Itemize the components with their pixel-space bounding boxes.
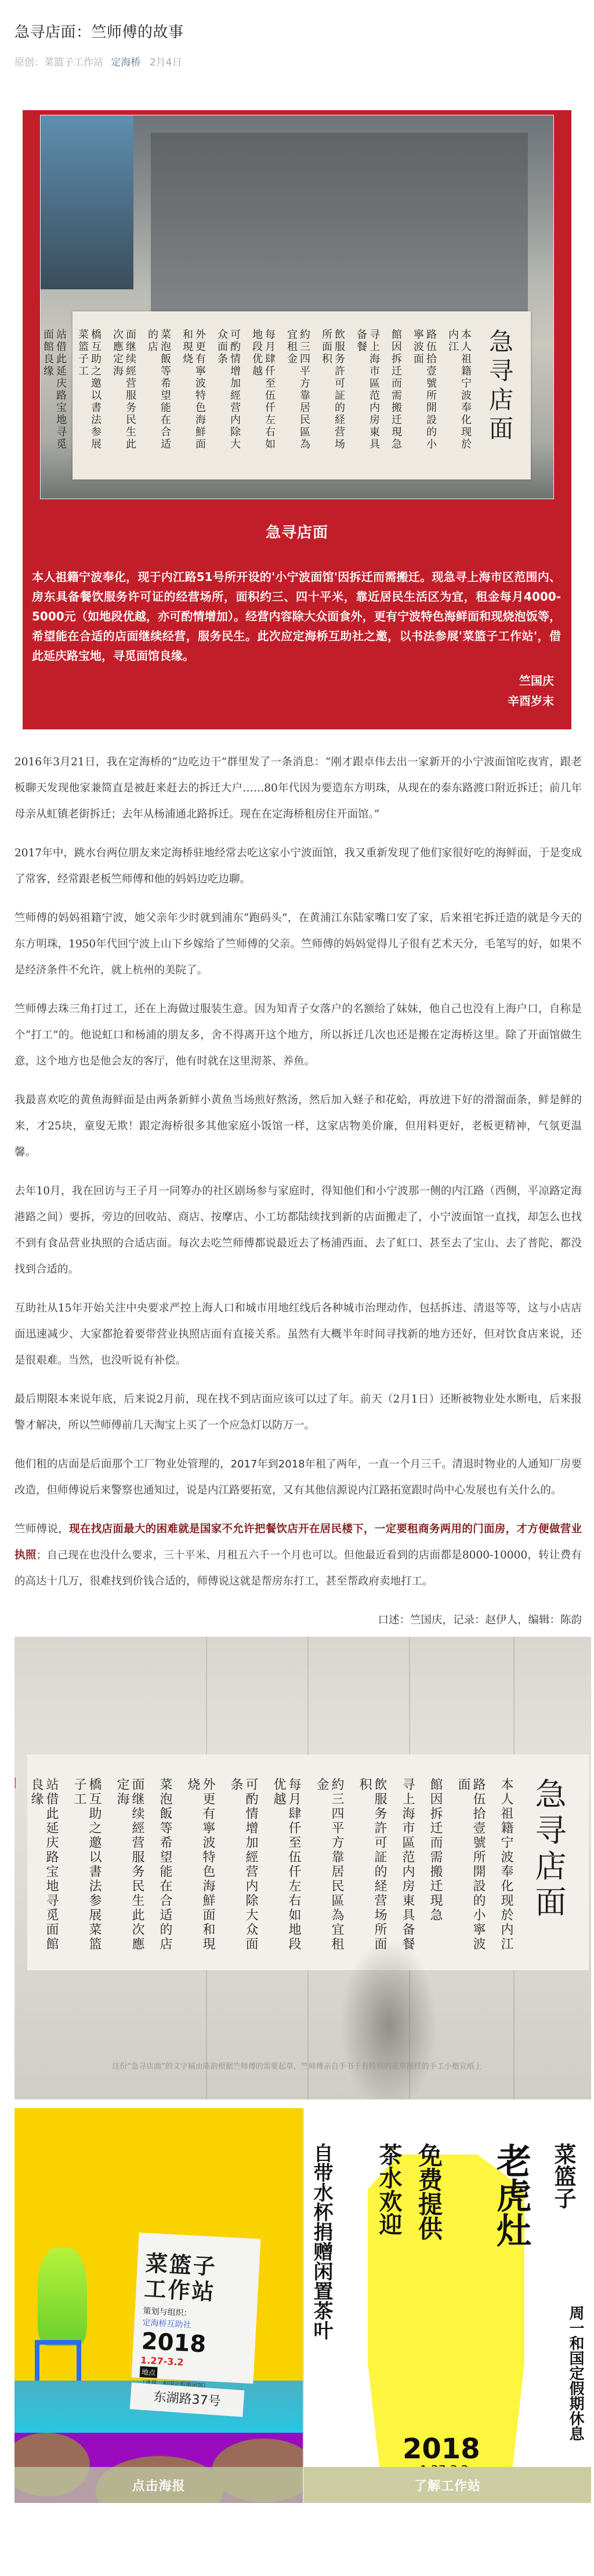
- calligraphy-column: 約三四平方靠居民區為宜租金: [285, 329, 310, 462]
- calligraphy-column: 寻上海市區范内房東具备餐: [354, 329, 380, 462]
- calligraphy-column: 路伍拾壹號所開設的小寧波面: [411, 329, 437, 462]
- paragraph-text: ；自己现在也没什么要求，三十平米、月租五六千一个月也可以。但他最近看: [37, 1549, 397, 1561]
- paragraph-text: 竺师傅说，: [15, 1523, 69, 1535]
- original-author-label: 原创：菜篮子工作站: [15, 57, 103, 68]
- venue-tag: 地点: [140, 2366, 158, 2378]
- calligraphy-column: 外更有寧波特色海鮮面和現烧: [185, 1778, 215, 1952]
- paragraph: 竺师傅的妈妈祖籍宁波，她父亲年少时就到浦东“跑码头”，在黄浦江东陆家嘴口安了家，…: [15, 905, 582, 983]
- calligraphy-columns: 急寻店面 本人祖籍宁波奉化现於内江 路伍拾壹號所開設的小寧波面 館因拆迁而需搬迁…: [15, 1778, 566, 1952]
- feature-signature: 竺国庆: [438, 671, 554, 688]
- paragraph: 2017年中，跳水台两位朋友来定海桥驻地经常去吃这家小宁波面馆，我又重新发现了他…: [15, 840, 582, 892]
- calligraphy-paper: 急寻店面 本人祖籍宁波奉化现於内江 路伍拾壹號所開設的小寧波面 館因拆迁而需搬迁…: [73, 311, 531, 479]
- calligraphy-column: 菜泡飯等希望能在合适的店: [157, 1778, 172, 1952]
- article-title: 急寻店面：竺师傅的故事: [15, 22, 579, 43]
- account-link[interactable]: 定海桥: [111, 57, 140, 68]
- calligraphy-column: 外更有寧波特色海鮮面和現烧: [180, 329, 206, 462]
- foam-sign: 菜篮子 工作站 策划与组织： 定海桥互助社 2018 1.27-3.2 地点 （…: [132, 2233, 261, 2384]
- calligraphy-column: 本人祖籍宁波奉化现於内江: [498, 1778, 513, 1952]
- paragraph-quote: 竺师傅说，现在找店面最大的困难就是国家不允许把餐饮店开在居民楼下，一定要租商务两…: [15, 1516, 582, 1594]
- calligraphy-column: 館因拆迁而需搬迁現急: [428, 1778, 443, 1952]
- credits: 口述：竺国庆，记录：赵伊人，编辑：陈韵: [15, 1607, 582, 1633]
- calligraphy-floor-photo: 急寻店面 本人祖籍宁波奉化现於内江 路伍拾壹號所開設的小寧波面 館因拆迁而需搬迁…: [15, 1637, 591, 2099]
- paragraph: 我最喜欢吃的黄鱼海鲜面是由两条新鲜小黄鱼当场煎好熬汤，然后加入蛏子和花蛤，再放进…: [15, 1087, 582, 1165]
- poster-text-column: 茶水欢迎: [372, 2143, 405, 2236]
- calligraphy-columns: 急寻店面 本人祖籍宁波奉化现於内江 路伍拾壹號所開設的小寧波面 館因拆迁而需搬迁…: [40, 329, 513, 462]
- calligraphy-title: 急寻店面: [486, 329, 513, 462]
- calligraphy-column: 橋互助之邀以書法参展菜篮子工: [76, 329, 102, 462]
- calligraphy-title: 急寻店面: [531, 1778, 566, 1952]
- calligraphy-column: 路伍拾壹號所開設的小寧波面: [455, 1778, 486, 1952]
- poster-text-column: 菜篮子: [548, 2143, 579, 2209]
- calligraphy-column: 站借此延庆路宝地寻觅面館良缘: [28, 1778, 59, 1952]
- paragraph: 互助社从15年开始关注中央要求严控上海人口和城市用地红线后各种城市治理动作，包括…: [15, 1295, 582, 1374]
- poster-exhibition[interactable]: 菜篮子 工作站 策划与组织： 定海桥互助社 2018 1.27-3.2 地点 （…: [15, 2108, 303, 2503]
- calligraphy-column: 可酌情增加經营内除大众面条: [215, 329, 241, 462]
- calligraphy-column: 面继续經营服务民生此次應定海: [114, 1778, 144, 1952]
- poster-text-column: 免费提供: [411, 2143, 446, 2240]
- poster-text-column: 自带水杯捐赠闲置茶叶: [307, 2143, 336, 2340]
- calligraphy-column: 橋互助之邀以書法参展菜篮子工: [71, 1778, 102, 1952]
- calligraphy-column: 每月肆仟至伍仟左右如地段优越: [271, 1778, 301, 1952]
- calligraphy-column: 可酌情增加經营内除大众面条: [228, 1778, 258, 1952]
- paragraph-text: 他们租的店面是后面那个工厂物业处管理的，: [15, 1458, 231, 1470]
- calligraphy-column: 面继续經营服务民生此次應定海: [111, 329, 136, 462]
- calligraphy-column: 本人祖籍宁波奉化现於内江: [446, 329, 472, 462]
- poster-grid: 菜篮子 工作站 策划与组织： 定海桥互助社 2018 1.27-3.2 地点 （…: [15, 2108, 591, 2503]
- poster-tiger-stove[interactable]: 菜篮子 老虎灶 免费提供 茶水欢迎 自带水杯捐赠闲置茶叶 周一和国定假期休息 2…: [303, 2108, 591, 2503]
- feature-body: 本人祖籍宁波奉化，现于内江路51号所开设的'小宁波面馆'因拆迁而需搬迁。现急寻上…: [32, 567, 561, 666]
- calligraphy-column: 約三四平方靠居民區為宜租金: [314, 1778, 344, 1952]
- article-body: 2016年3月21日，我在定海桥的“边吃边干”群里发了一条消息：“刚才跟卓伟去出…: [15, 749, 582, 1646]
- red-seal-stamp: [15, 1778, 16, 1788]
- article-header: 急寻店面：竺师傅的故事 原创：菜篮子工作站 定海桥 2月4日: [15, 22, 579, 70]
- photographer-shadow: [339, 1938, 438, 2099]
- feature-card: 急寻店面 本人祖籍宁波奉化现於内江 路伍拾壹號所開設的小寧波面 館因拆迁而需搬迁…: [23, 110, 571, 729]
- paragraph-rent: 他们租的店面是后面那个工厂物业处管理的，2017年到2018年租了两年，一直一个…: [15, 1451, 582, 1503]
- poster-text-column: 周一和国定假期休息: [565, 2305, 586, 2441]
- calligraphy-column: 寻上海市區范内房東具备餐: [400, 1778, 415, 1952]
- photo-background-window: [41, 115, 133, 289]
- article-meta: 原创：菜篮子工作站 定海桥 2月4日: [15, 56, 579, 70]
- calligraphy-column: 飲服务許可証的経营场所面积: [357, 1778, 387, 1952]
- blue-stool-illustration: [35, 2340, 81, 2381]
- poster-year: 2018: [403, 2433, 480, 2465]
- feature-heading: 急寻店面: [23, 521, 571, 542]
- sign-title: 工作站: [143, 2276, 250, 2306]
- paragraph: 最后期限本来说年底，后来说2月前，现在找不到店面应该可以过了年。前天（2月1日）…: [15, 1386, 582, 1438]
- photo-glass-reflection: [151, 133, 528, 324]
- paragraph: 2016年3月21日，我在定海桥的“边吃边干”群里发了一条消息：“刚才跟卓伟去出…: [15, 749, 582, 827]
- paragraph: 竺师傅去珠三角打过工，还在上海做过服装生意。因为知青子女落户的名额给了妹妹，他自…: [15, 996, 582, 1074]
- calligraphy-column: 每月肆仟至伍仟左右如地段优越: [250, 329, 276, 462]
- calligraphy-column: 站借此延庆路宝地寻觅面館良缘: [41, 329, 67, 462]
- calligraphy-window-photo: 急寻店面 本人祖籍宁波奉化现於内江 路伍拾壹號所開設的小寧波面 館因拆迁而需搬迁…: [40, 115, 554, 499]
- calligraphy-column: 菜泡飯等希望能在合适的店: [146, 329, 171, 462]
- photo-caption: 这份“急寻店面”的文字稿由陈韵根据竺师傅的需要起草，竺师傅亲自手书于有特别的花草…: [0, 2060, 594, 2071]
- click-poster-button[interactable]: 点击海报: [15, 2467, 303, 2503]
- publish-date: 2月4日: [150, 57, 182, 68]
- poster-text-column: 老虎灶: [486, 2143, 536, 2247]
- calligraphy-column: 館因拆迁而需搬迁現急: [389, 329, 402, 462]
- learn-workstation-button[interactable]: 了解工作站: [304, 2467, 591, 2503]
- calligraphy-paper: 急寻店面 本人祖籍宁波奉化现於内江 路伍拾壹號所開設的小寧波面 館因拆迁而需搬迁…: [27, 1754, 589, 1970]
- cabbage-figure-illustration: [38, 2247, 87, 2346]
- feature-signature-date: 辛酉岁末: [438, 692, 554, 709]
- calligraphy-column: 飲服务許可証的経营场所面积: [320, 329, 345, 462]
- paragraph: 去年10月，我在回访与王子月一同筹办的社区剧场参与家庭时，得知他们和小宁波那一侧…: [15, 1178, 582, 1282]
- paragraph-text: 2017年到2018年租了两年，一直一个月三千。: [231, 1458, 452, 1470]
